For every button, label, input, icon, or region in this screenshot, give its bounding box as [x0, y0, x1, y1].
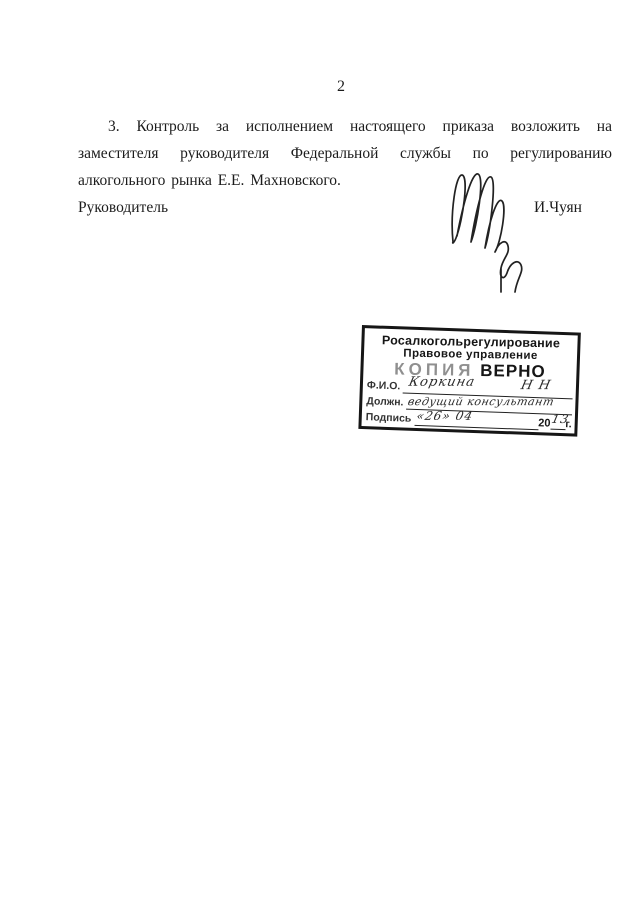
position-label: Руководитель — [78, 199, 168, 217]
document-page: 2 3. Контроль за исполнением настоящего … — [0, 0, 640, 905]
stamp-date-handwriting: «26» 04 — [415, 410, 474, 422]
page-number: 2 — [0, 78, 640, 96]
stamp-year-line: 13 — [550, 416, 565, 431]
stamp-year-group: 20 13 г. — [538, 415, 572, 431]
stamp-fio-handwriting: Коркина — [408, 377, 477, 389]
stamp-year-prefix: 20 — [538, 417, 551, 429]
stamp-position-label: Должн. — [366, 395, 404, 409]
stamp-fio-label: Ф.И.О. — [367, 379, 401, 393]
stamp-year-handwriting: 13 — [550, 413, 570, 425]
signature-scribble-icon — [447, 168, 542, 296]
stamp-fio-initials-handwriting: Н Н — [520, 380, 553, 392]
stamp-signature-label: Подпись — [366, 411, 412, 426]
stamp-signature-line: «26» 04 — [414, 410, 538, 430]
stamp-position-handwriting: ведущий консультант — [407, 396, 556, 408]
copy-verification-stamp: Росалкогольрегулирование Правовое управл… — [358, 325, 580, 437]
signer-name: И.Чуян — [534, 199, 582, 217]
